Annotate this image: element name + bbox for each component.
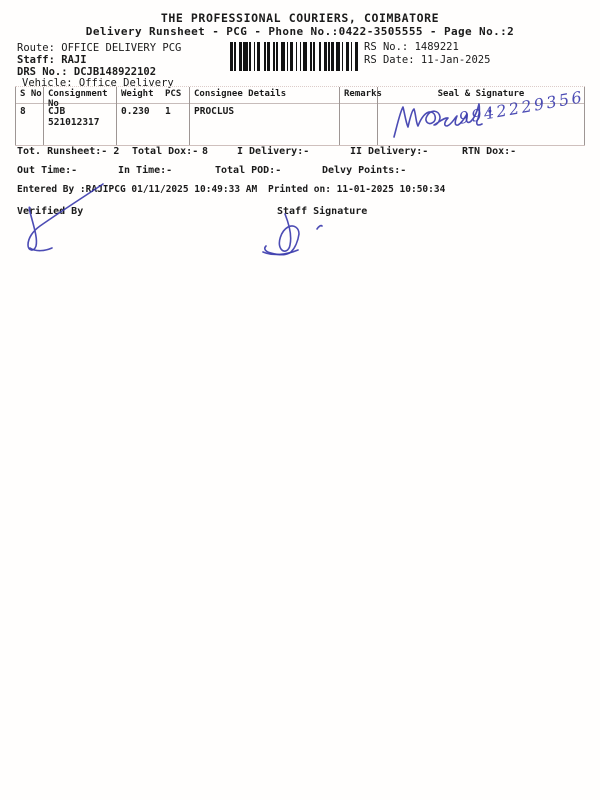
staff-signature-label: Staff Signature xyxy=(277,206,367,217)
delvy-points: Delvy Points:- xyxy=(322,165,406,176)
cell-consignee: PROCLUS xyxy=(190,104,340,145)
total-dox-label: Total Dox:- xyxy=(132,146,198,157)
cell-weight: 0.230 xyxy=(121,106,165,117)
cell-weight-pcs: 0.2301 xyxy=(117,104,190,145)
staff-line: Staff: RAJI xyxy=(17,54,87,66)
rtn-dox: RTN Dox:- xyxy=(462,146,516,157)
runsheet-document: THE PROFESSIONAL COURIERS, COIMBATORE De… xyxy=(0,0,600,800)
cell-s-no: 8 xyxy=(15,104,44,145)
rs-date-line: RS Date: 11-Jan-2025 xyxy=(364,54,490,66)
verified-by-label: Verified By xyxy=(17,206,83,217)
total-dox-value: 8 xyxy=(202,146,208,157)
ii-delivery: II Delivery:- xyxy=(350,146,428,157)
out-time: Out Time:- xyxy=(17,165,77,176)
printed-on: Printed on: 11-01-2025 10:50:34 xyxy=(268,184,445,195)
tot-runsheet: Tot. Runsheet:- 2 xyxy=(17,146,119,157)
runsheet-title: Delivery Runsheet - PCG - Phone No.:0422… xyxy=(0,25,600,38)
total-pod: Total POD:- xyxy=(215,165,281,176)
barcode xyxy=(230,42,358,71)
i-delivery: I Delivery:- xyxy=(237,146,309,157)
cell-consignment-no: CJB 521012317 xyxy=(44,104,117,145)
staff-signature xyxy=(263,214,322,255)
header-pcs: PCS xyxy=(165,89,181,99)
rs-no-line: RS No.: 1489221 xyxy=(364,41,459,53)
cell-remarks xyxy=(340,104,378,145)
entered-by: Entered By :RAJIPCG 01/11/2025 10:49:33 … xyxy=(17,184,257,195)
cell-pcs: 1 xyxy=(165,106,171,117)
in-time: In Time:- xyxy=(118,165,172,176)
route-line: Route: OFFICE DELIVERY PCG xyxy=(17,42,181,54)
company-title: THE PROFESSIONAL COURIERS, COIMBATORE xyxy=(0,11,600,25)
header-weight: Weight xyxy=(121,89,165,99)
